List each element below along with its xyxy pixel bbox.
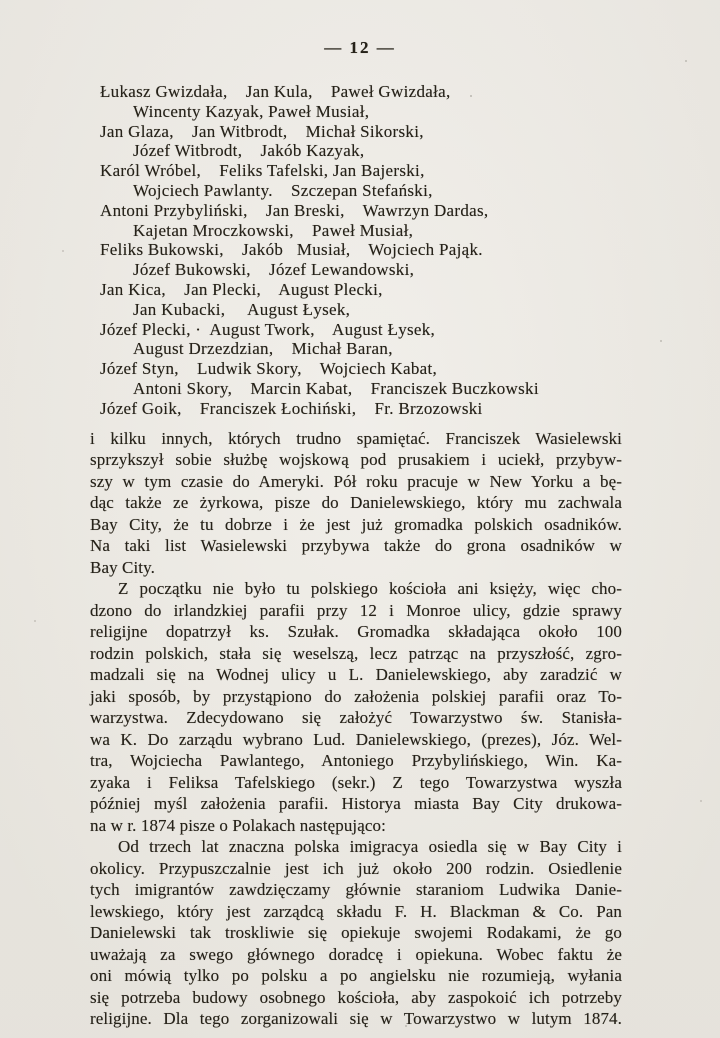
text-line: i kilku innych, których trudno spamiętać… — [90, 428, 622, 450]
name-list-line: Jan Glaza, Jan Witbrodt, Michał Sikorski… — [100, 122, 720, 142]
text-line: religijne. Dla tego zorganizowali się w … — [90, 1008, 622, 1030]
name-list-line: Wincenty Kazyak, Paweł Musiał, — [100, 102, 720, 122]
name-list-line: Jan Kica, Jan Plecki, August Plecki, — [100, 280, 720, 300]
text-line: tra, Wojciecha Pawlantego, Antoniego Prz… — [90, 750, 622, 772]
text-line: Od trzech lat znaczna polska imigracya o… — [90, 836, 622, 858]
body-text: i kilku innych, których trudno spamiętać… — [90, 428, 622, 1030]
scanned-book-page: — 12 — Łukasz Gwizdała, Jan Kula, Paweł … — [0, 0, 720, 1038]
page-number-header: — 12 — — [0, 38, 720, 58]
name-list-line: Józef Plecki, · August Twork, August Łys… — [100, 320, 720, 340]
name-list-line: Józef Witbrodt, Jakób Kazyak, — [100, 141, 720, 161]
text-line: madzali się na Wodnej ulicy u L. Daniele… — [90, 664, 622, 686]
text-line: się potrzeba budowy osobnego kościoła, a… — [90, 987, 622, 1009]
paragraph: Z początku nie było tu polskiego kościoł… — [90, 578, 622, 836]
text-line: sprzykszył sobie służbę wojskową pod pru… — [90, 449, 622, 471]
name-list-line: August Drzezdzian, Michał Baran, — [100, 339, 720, 359]
paragraph: Od trzech lat znaczna polska imigracya o… — [90, 836, 622, 1030]
text-line: tych imigrantów zawdzięczamy głównie sta… — [90, 879, 622, 901]
name-list: Łukasz Gwizdała, Jan Kula, Paweł Gwizdał… — [100, 82, 720, 419]
text-line: religijne dopatrzył ks. Szułak. Gromadka… — [90, 621, 622, 643]
name-list-line: Łukasz Gwizdała, Jan Kula, Paweł Gwizdał… — [100, 82, 720, 102]
name-list-line: Józef Bukowski, Józef Lewandowski, — [100, 260, 720, 280]
name-list-line: Kajetan Mroczkowski, Paweł Musiał, — [100, 221, 720, 241]
text-line: jaki sposób, by przystąpiono do założeni… — [90, 686, 622, 708]
text-line: zyaka i Feliksa Tafelskiego (sekr.) Z te… — [90, 772, 622, 794]
paragraph: i kilku innych, których trudno spamiętać… — [90, 428, 622, 579]
text-line: później myśl założenia parafii. Historya… — [90, 793, 622, 815]
text-line: Z początku nie było tu polskiego kościoł… — [90, 578, 622, 600]
name-list-line: Antoni Skory, Marcin Kabat, Franciszek B… — [100, 379, 720, 399]
text-line: na w r. 1874 pisze o Polakach następując… — [90, 815, 622, 837]
name-list-line: Wojciech Pawlanty. Szczepan Stefański, — [100, 181, 720, 201]
name-list-line: Jan Kubacki, August Łysek, — [100, 300, 720, 320]
text-line: lewskiego, który jest zarządcą składu F.… — [90, 901, 622, 923]
name-list-line: Józef Goik, Franciszek Łochiński, Fr. Br… — [100, 399, 720, 419]
text-line: Na taki list Wasielewski przybywa także … — [90, 535, 622, 557]
text-line: dzono do irlandzkiej parafii przy 12 i M… — [90, 600, 622, 622]
text-line: dąc także ze żyrkowa, pisze do Danielews… — [90, 492, 622, 514]
text-line: rodzin polskich, stała się weselszą, lec… — [90, 643, 622, 665]
name-list-line: Antoni Przybyliński, Jan Breski, Wawrzyn… — [100, 201, 720, 221]
text-line: warzystwa. Zdecydowano się założyć Towar… — [90, 707, 622, 729]
text-line: Danielewski tak troskliwie się opiekuje … — [90, 922, 622, 944]
name-list-line: Józef Styn, Ludwik Skory, Wojciech Kabat… — [100, 359, 720, 379]
scan-speckles-decoration — [0, 0, 2, 2]
name-list-line: Feliks Bukowski, Jakób Musiał, Wojciech … — [100, 240, 720, 260]
text-line: uważają za swego głównego doradcę i opie… — [90, 944, 622, 966]
text-line: wa K. Do zarządu wybrano Lud. Danielewsk… — [90, 729, 622, 751]
text-line: szy w tym czasie do Ameryki. Pół roku pr… — [90, 471, 622, 493]
name-list-line: Karól Wróbel, Feliks Tafelski, Jan Bajer… — [100, 161, 720, 181]
text-line: Bay City. — [90, 557, 622, 579]
text-line: oni mówią tylko po polsku a po angielsku… — [90, 965, 622, 987]
text-line: okolicy. Przypuszczalnie jest ich już ok… — [90, 858, 622, 880]
text-line: Bay City, że tu dobrze i że jest już gro… — [90, 514, 622, 536]
